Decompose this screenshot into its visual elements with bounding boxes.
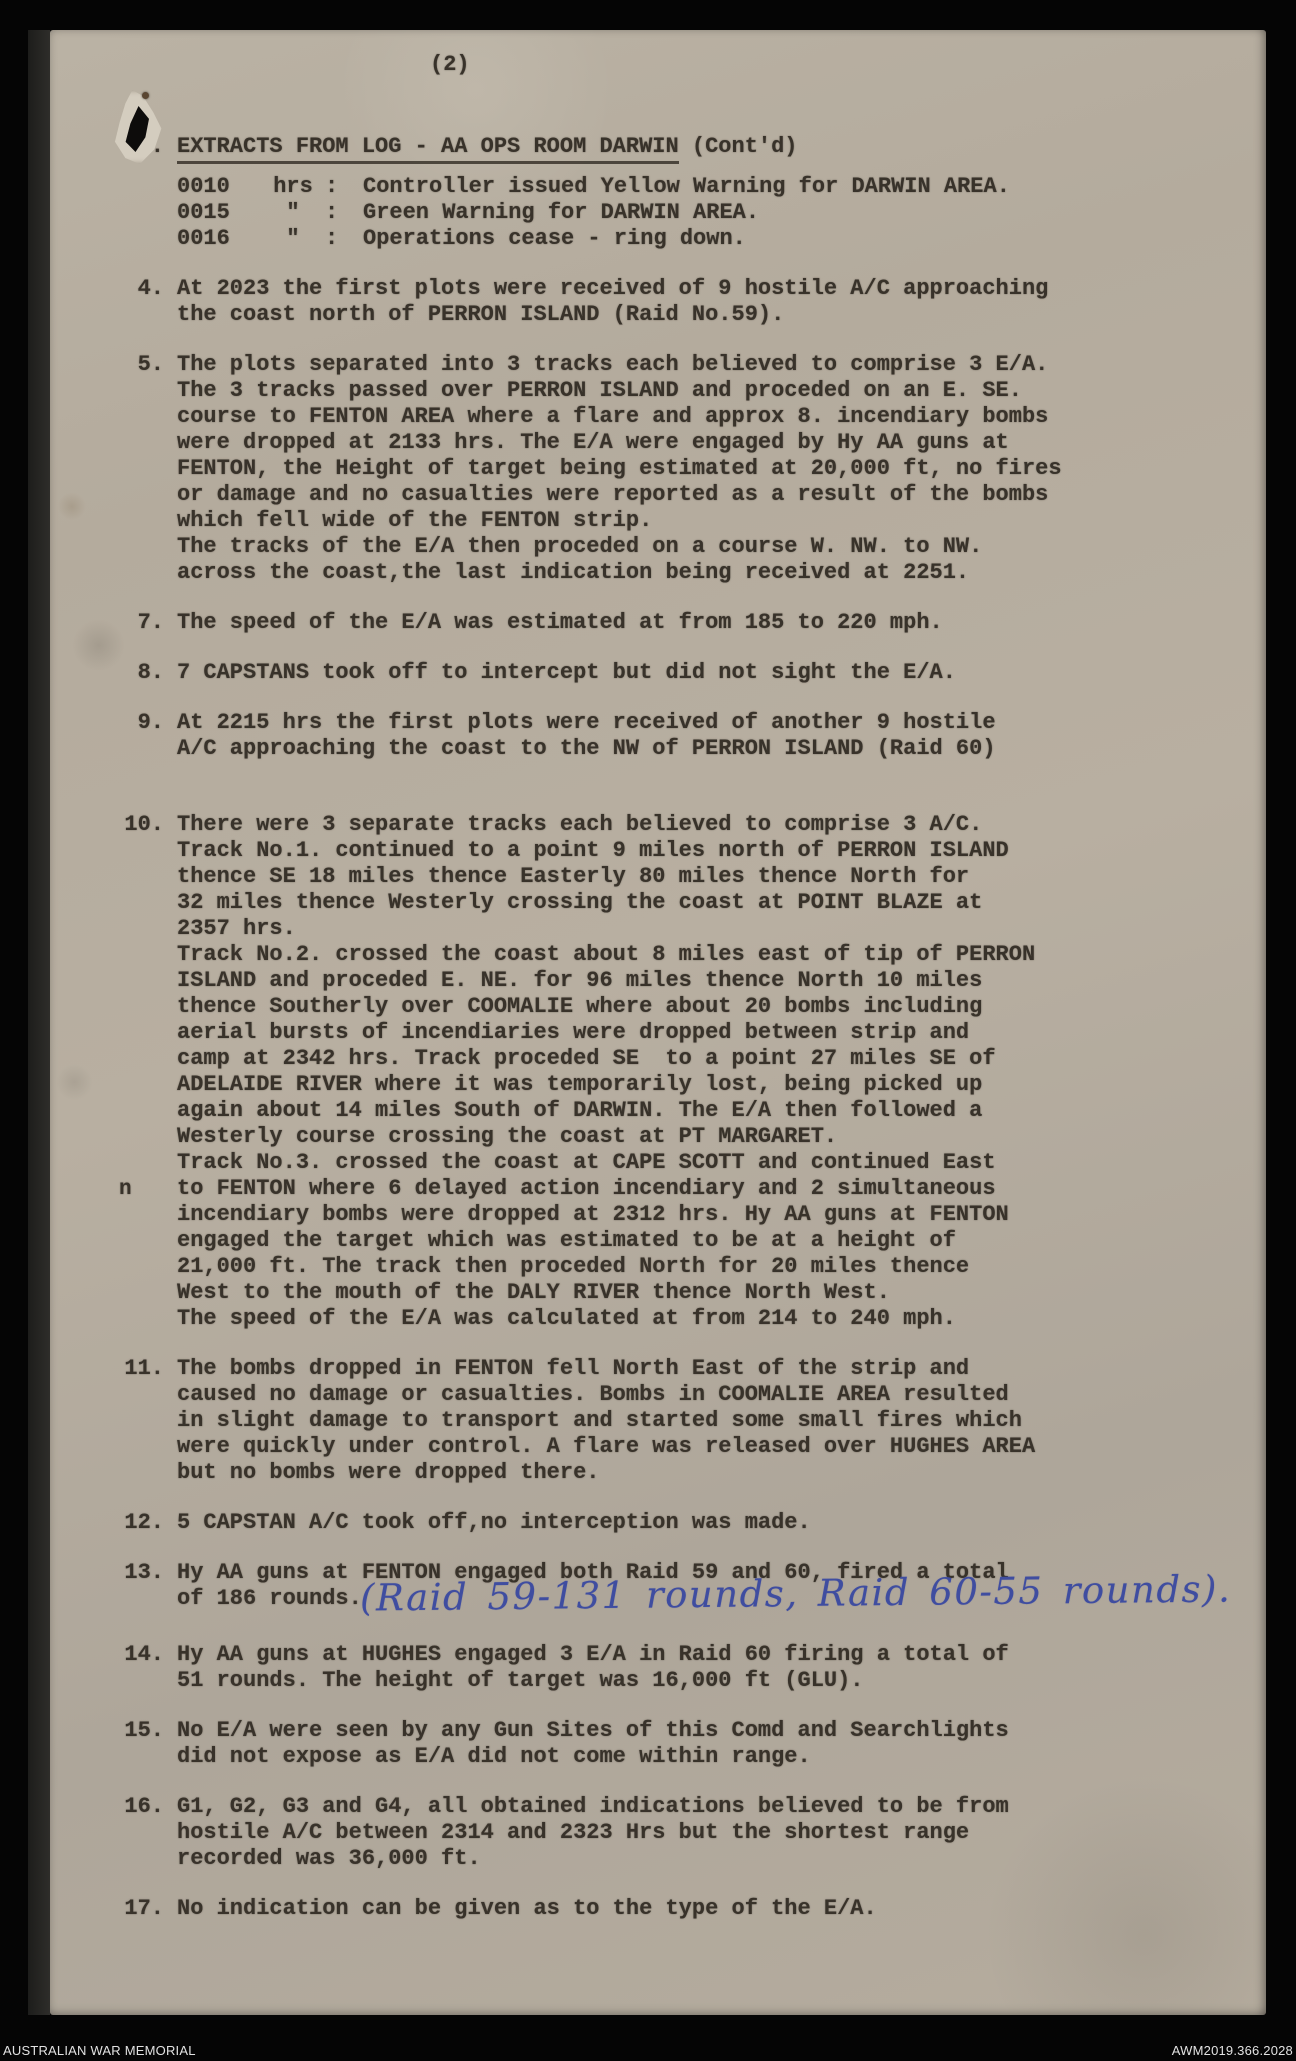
log-unit: ": [269, 200, 317, 226]
item-number: 4.: [112, 276, 164, 328]
doc-item-5: 5. The plots separated into 3 tracks eac…: [112, 352, 1266, 586]
doc-item-13: 13. Hy AA guns at FENTON engaged both Ra…: [112, 1560, 1266, 1612]
log-separator: :: [325, 200, 345, 226]
doc-item-11: 11. The bombs dropped in FENTON fell Nor…: [112, 1356, 1266, 1486]
item-paragraph: 5 CAPSTAN A/C took off,no interception w…: [177, 1510, 1117, 1536]
section-3: 3. EXTRACTS FROM LOG - AA OPS ROOM DARWI…: [112, 134, 1266, 160]
item-paragraph: At 2023 the first plots were received of…: [177, 276, 1117, 328]
handwritten-annotation: (Raid 59-131 rounds, Raid 60-55 rounds).: [360, 1569, 1232, 1618]
doc-item-9: 9. At 2215 hrs the first plots were rece…: [112, 710, 1266, 762]
item-paragraph: G1, G2, G3 and G4, all obtained indicati…: [177, 1794, 1117, 1872]
item-number: 9.: [112, 710, 164, 762]
footer-catalogue-number: AWM2019.366.2028: [1172, 2043, 1293, 2058]
doc-item-4: 4. At 2023 the first plots were received…: [112, 276, 1266, 328]
item-number: 13.: [112, 1560, 164, 1612]
log-text: Operations cease - ring down.: [363, 226, 1266, 252]
item-number: 10.: [112, 812, 164, 1332]
section-3-heading: EXTRACTS FROM LOG - AA OPS ROOM DARWIN (…: [177, 134, 1117, 160]
log-separator: :: [325, 174, 345, 200]
item-number: 7.: [112, 610, 164, 636]
item-paragraph: The speed of the E/A was calculated at f…: [177, 1306, 1117, 1332]
log-time: 0010: [177, 174, 249, 200]
item-paragraph: There were 3 separate tracks each believ…: [177, 812, 1117, 838]
item-paragraph-track-3: nTrack No.3. crossed the coast at CAPE S…: [177, 1150, 1117, 1306]
log-text: Controller issued Yellow Warning for DAR…: [363, 174, 1266, 200]
log-entries-table: 0010 hrs : Controller issued Yellow Warn…: [177, 174, 1266, 252]
doc-item-15: 15. No E/A were seen by any Gun Sites of…: [112, 1718, 1266, 1770]
item-number: 8.: [112, 660, 164, 686]
log-time: 0016: [177, 226, 249, 252]
doc-item-7: 7. The speed of the E/A was estimated at…: [112, 610, 1266, 636]
item-number: 14.: [112, 1642, 164, 1694]
log-unit: hrs: [269, 174, 317, 200]
log-separator: :: [325, 226, 345, 252]
item-number: 16.: [112, 1794, 164, 1872]
doc-item-14: 14. Hy AA guns at HUGHES engaged 3 E/A i…: [112, 1642, 1266, 1694]
log-entry-row: 0010 hrs : Controller issued Yellow Warn…: [177, 174, 1266, 200]
page-number: (2): [430, 52, 1266, 78]
item-paragraph: No E/A were seen by any Gun Sites of thi…: [177, 1718, 1117, 1770]
scan-edge-shadow: [28, 30, 50, 2015]
doc-item-12: 12. 5 CAPSTAN A/C took off,no intercepti…: [112, 1510, 1266, 1536]
document-page: (2) 3. EXTRACTS FROM LOG - AA OPS ROOM D…: [50, 30, 1266, 2015]
item-paragraph: 7 CAPSTANS took off to intercept but did…: [177, 660, 1117, 686]
doc-item-17: 17. No indication can be given as to the…: [112, 1896, 1266, 1922]
track-3-text: Track No.3. crossed the coast at CAPE SC…: [177, 1150, 1009, 1305]
item-paragraph: Hy AA guns at FENTON engaged both Raid 5…: [177, 1560, 1117, 1612]
item-number: 15.: [112, 1718, 164, 1770]
item-paragraph-track-2: Track No.2. crossed the coast about 8 mi…: [177, 942, 1117, 1150]
doc-item-8: 8. 7 CAPSTANS took off to intercept but …: [112, 660, 1266, 686]
item-number: 11.: [112, 1356, 164, 1486]
footer-archive-name: AUSTRALIAN WAR MEMORIAL: [3, 2043, 196, 2058]
log-text: Green Warning for DARWIN AREA.: [363, 200, 1266, 226]
item-paragraph-track-1: Track No.1. continued to a point 9 miles…: [177, 838, 1117, 942]
doc-item-10: 10. There were 3 separate tracks each be…: [112, 812, 1266, 1332]
item-number: 12.: [112, 1510, 164, 1536]
log-unit: ": [269, 226, 317, 252]
item-paragraph: The bombs dropped in FENTON fell North E…: [177, 1356, 1117, 1486]
item-paragraph: Hy AA guns at HUGHES engaged 3 E/A in Ra…: [177, 1642, 1117, 1694]
section-3-heading-suffix: (Cont'd): [679, 134, 798, 159]
item-number: 5.: [112, 352, 164, 586]
item-paragraph: The plots separated into 3 tracks each b…: [177, 352, 1117, 534]
log-entry-row: 0015 " : Green Warning for DARWIN AREA.: [177, 200, 1266, 226]
item-paragraph: At 2215 hrs the first plots were receive…: [177, 710, 1117, 762]
log-entry-row: 0016 " : Operations cease - ring down.: [177, 226, 1266, 252]
doc-item-16: 16. G1, G2, G3 and G4, all obtained indi…: [112, 1794, 1266, 1872]
margin-annotation-n: n: [119, 1177, 132, 1203]
item-paragraph: The tracks of the E/A then proceded on a…: [177, 534, 1117, 586]
item-number: 17.: [112, 1896, 164, 1922]
item-paragraph: The speed of the E/A was estimated at fr…: [177, 610, 1117, 636]
item-paragraph: No indication can be given as to the typ…: [177, 1896, 1117, 1922]
log-time: 0015: [177, 200, 249, 226]
paper-stain-speck: [142, 92, 149, 99]
section-3-heading-underlined: EXTRACTS FROM LOG - AA OPS ROOM DARWIN: [177, 134, 679, 164]
section-3-number: 3.: [112, 134, 164, 160]
